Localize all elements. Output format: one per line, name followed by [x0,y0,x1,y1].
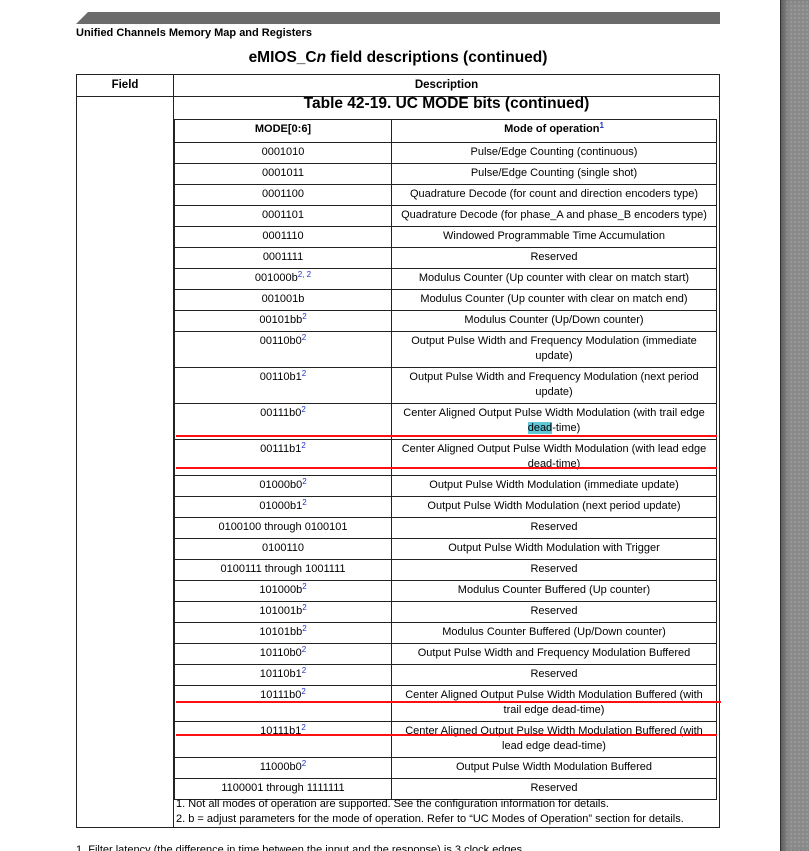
description-cell: Modulus Counter (Up counter with clear o… [392,269,717,290]
mode-cell: 0100110 [175,539,392,560]
footnote-ref[interactable]: 2 [302,666,306,675]
page-header-bar [76,12,720,24]
description-cell: Quadrature Decode (for count and directi… [392,185,717,206]
description-cell: Reserved [392,560,717,581]
description-cell: Reserved [392,665,717,686]
running-head: Unified Channels Memory Map and Register… [76,27,312,39]
footnote-ref[interactable]: 2, 2 [298,270,311,279]
table-row: 0001101Quadrature Decode (for phase_A an… [175,206,717,227]
mode-cell: 10111b02 [175,686,392,722]
mode-cell: 0001100 [175,185,392,206]
inner-header-row: MODE[0:6] Mode of operation1 [175,120,717,143]
table-row: 00111b12Center Aligned Output Pulse Widt… [175,440,717,476]
footnote-ref[interactable]: 2 [301,687,305,696]
footnote-ref[interactable]: 2 [302,369,306,378]
mode-cell: 01000b02 [175,476,392,497]
table-row: 01000b12Output Pulse Width Modulation (n… [175,497,717,518]
table-row: 0100111 through 1001111Reserved [175,560,717,581]
mode-cell: 01000b12 [175,497,392,518]
viewer-scrollbar-area[interactable] [780,0,809,851]
table-row: 0001010Pulse/Edge Counting (continuous) [175,143,717,164]
description-cell: Output Pulse Width Modulation with Trigg… [392,539,717,560]
description-cell: Output Pulse Width and Frequency Modulat… [392,368,717,404]
footnote-ref[interactable]: 2 [302,312,306,321]
table-row: 001001bModulus Counter (Up counter with … [175,290,717,311]
table-row: 00110b12Output Pulse Width and Frequency… [175,368,717,404]
description-cell: Windowed Programmable Time Accumulation [392,227,717,248]
annotation-underline [176,734,717,736]
footnote-ref[interactable]: 2 [302,498,306,507]
mode-cell: 0001110 [175,227,392,248]
mode-cell: 001001b [175,290,392,311]
annotation-underline [176,435,717,437]
footnotes: 1. Not all modes of operation are suppor… [176,797,684,827]
table-row: 101000b2Modulus Counter Buffered (Up cou… [175,581,717,602]
table-row: 0001110Windowed Programmable Time Accumu… [175,227,717,248]
description-cell: Output Pulse Width and Frequency Modulat… [392,644,717,665]
mode-cell: 00110b02 [175,332,392,368]
inner-table-title: Table 42-19. UC MODE bits (continued) [173,95,720,113]
table-row: 10110b02Output Pulse Width and Frequency… [175,644,717,665]
mode-cell: 001000b2, 2 [175,269,392,290]
table-row: 10110b12Reserved [175,665,717,686]
footnote-ref[interactable]: 2 [301,441,305,450]
description-cell: Center Aligned Output Pulse Width Modula… [392,686,717,722]
table-row: 101001b2Reserved [175,602,717,623]
table-row: 11000b02Output Pulse Width Modulation Bu… [175,758,717,779]
mode-cell: 11000b02 [175,758,392,779]
description-cell: Pulse/Edge Counting (continuous) [392,143,717,164]
mode-cell: 10111b12 [175,722,392,758]
description-cell: Reserved [392,602,717,623]
header-mode-of-operation: Mode of operation1 [392,120,717,143]
description-cell: Reserved [392,518,717,539]
table-row: 0100100 through 0100101Reserved [175,518,717,539]
footnote-ref[interactable]: 2 [302,582,306,591]
footnote-ref[interactable]: 2 [301,723,305,732]
description-cell: Output Pulse Width Modulation (next peri… [392,497,717,518]
footnote-ref[interactable]: 2 [301,405,305,414]
table-row: 10111b12Center Aligned Output Pulse Widt… [175,722,717,758]
mode-cell: 101001b2 [175,602,392,623]
description-cell: Output Pulse Width Modulation (immediate… [392,476,717,497]
footnote-ref[interactable]: 2 [302,477,306,486]
description-cell: Output Pulse Width Modulation Buffered [392,758,717,779]
page-footnote: 1. Filter latency (the difference in tim… [76,843,525,851]
table-row: 0001100Quadrature Decode (for count and … [175,185,717,206]
table-row: 0100110Output Pulse Width Modulation wit… [175,539,717,560]
mode-cell: 00111b12 [175,440,392,476]
mode-cell: 0100111 through 1001111 [175,560,392,581]
footnote-ref[interactable]: 2 [302,759,306,768]
mode-cell: 0001010 [175,143,392,164]
table-row: 10111b02Center Aligned Output Pulse Widt… [175,686,717,722]
description-cell: Modulus Counter (Up counter with clear o… [392,290,717,311]
mode-cell: 101000b2 [175,581,392,602]
description-cell: Modulus Counter Buffered (Up/Down counte… [392,623,717,644]
mode-cell: 00110b12 [175,368,392,404]
header-field: Field [77,79,173,91]
table-row: 0001111Reserved [175,248,717,269]
mode-cell: 10110b12 [175,665,392,686]
footnote-1: 1. Not all modes of operation are suppor… [176,797,684,812]
mode-cell: 00101bb2 [175,311,392,332]
mode-cell: 10110b02 [175,644,392,665]
description-cell: Quadrature Decode (for phase_A and phase… [392,206,717,227]
mode-cell: 10101bb2 [175,623,392,644]
table-caption: eMIOS_Cn field descriptions (continued) [76,49,720,67]
description-cell: Center Aligned Output Pulse Width Modula… [392,722,717,758]
mode-cell: 0001111 [175,248,392,269]
footnote-2: 2. b = adjust parameters for the mode of… [176,812,684,827]
description-cell: Pulse/Edge Counting (single shot) [392,164,717,185]
footnote-ref[interactable]: 2 [302,603,306,612]
table-row: 00110b02Output Pulse Width and Frequency… [175,332,717,368]
search-highlight: dead [528,422,552,434]
description-cell: Reserved [392,248,717,269]
mode-cell: 0001101 [175,206,392,227]
mode-cell: 0001011 [175,164,392,185]
mode-cell: 0100100 through 0100101 [175,518,392,539]
table-row: 00101bb2Modulus Counter (Up/Down counter… [175,311,717,332]
footnote-ref[interactable]: 2 [302,645,306,654]
table-row: 01000b02Output Pulse Width Modulation (i… [175,476,717,497]
description-cell: Center Aligned Output Pulse Width Modula… [392,440,717,476]
mode-bits-table: MODE[0:6] Mode of operation1 0001010Puls… [174,119,717,800]
table-row: 10101bb2Modulus Counter Buffered (Up/Dow… [175,623,717,644]
description-cell: Modulus Counter Buffered (Up counter) [392,581,717,602]
description-cell: Output Pulse Width and Frequency Modulat… [392,332,717,368]
header-mode: MODE[0:6] [175,120,392,143]
footnote-ref[interactable]: 2 [302,624,306,633]
table-row: 001000b2, 2Modulus Counter (Up counter w… [175,269,717,290]
annotation-underline [176,467,717,469]
table-row: 0001011Pulse/Edge Counting (single shot) [175,164,717,185]
header-description: Description [174,79,719,91]
footnote-ref[interactable]: 2 [302,333,306,342]
description-cell: Modulus Counter (Up/Down counter) [392,311,717,332]
annotation-underline [176,701,721,703]
footnote-ref[interactable]: 1 [599,121,603,130]
